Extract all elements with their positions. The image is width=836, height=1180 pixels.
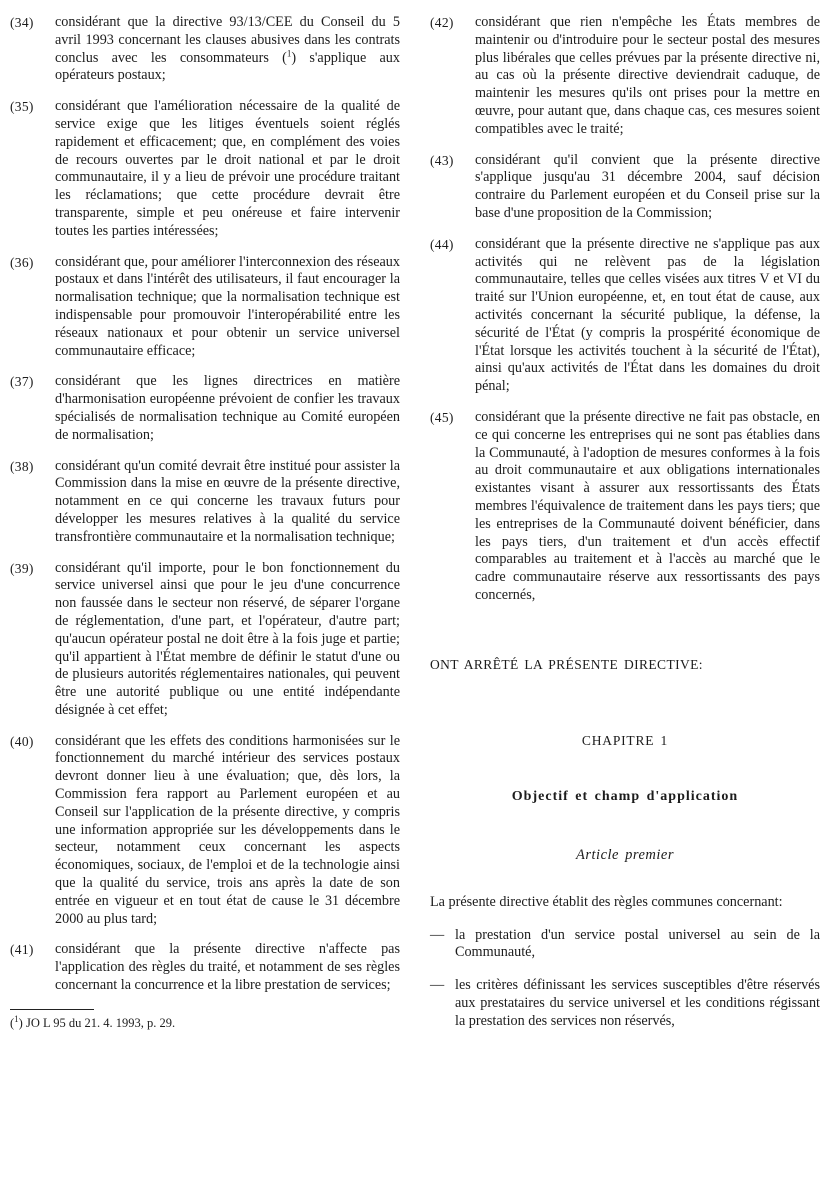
recital-text: considérant qu'un comité devrait être in… — [55, 458, 400, 547]
footnote-divider — [10, 1009, 94, 1010]
recital-text: considérant que, pour améliorer l'interc… — [55, 254, 400, 361]
article-heading: Article premier — [430, 847, 820, 864]
recital-36: (36) considérant que, pour améliorer l'i… — [10, 254, 400, 361]
recital-35: (35) considérant que l'amélioration néce… — [10, 98, 400, 240]
footnote-text: (1) JO L 95 du 21. 4. 1993, p. 29. — [10, 1015, 400, 1031]
article-list-item-1: — la prestation d'un service postal univ… — [430, 927, 820, 963]
two-column-layout: (34) considérant que la directive 93/13/… — [10, 14, 820, 1031]
recital-number: (39) — [10, 560, 55, 720]
recital-text: considérant qu'il convient que la présen… — [475, 152, 820, 223]
footnote-citation: JO L 95 du 21. 4. 1993, p. 29. — [26, 1016, 175, 1030]
right-column: (42) considérant que rien n'empêche les … — [430, 14, 820, 1031]
recital-text: considérant que la directive 93/13/CEE d… — [55, 14, 400, 85]
recital-number: (43) — [430, 152, 475, 223]
recital-number: (44) — [430, 236, 475, 396]
em-dash: — — [430, 927, 455, 963]
recital-text: considérant qu'il importe, pour le bon f… — [55, 560, 400, 720]
chapter-heading: CHAPITRE 1 — [430, 733, 820, 749]
recital-number: (38) — [10, 458, 55, 547]
article-intro: La présente directive établit des règles… — [430, 894, 820, 912]
list-item-text: les critères définissant les services su… — [455, 977, 820, 1030]
recital-text: considérant que les effets des condition… — [55, 733, 400, 929]
enacting-formula: ONT ARRÊTÉ LA PRÉSENTE DIRECTIVE: — [430, 657, 820, 673]
chapter-title: Objectif et champ d'application — [430, 789, 820, 805]
recital-number: (45) — [430, 409, 475, 605]
article-list-item-2: — les critères définissant les services … — [430, 977, 820, 1030]
list-item-text: la prestation d'un service postal univer… — [455, 927, 820, 963]
recital-text: considérant que l'amélioration nécessair… — [55, 98, 400, 240]
recital-number: (41) — [10, 941, 55, 994]
recital-text: considérant que la présente directive n'… — [55, 941, 400, 994]
footnote: (1) JO L 95 du 21. 4. 1993, p. 29. — [10, 1009, 400, 1031]
recital-38: (38) considérant qu'un comité devrait êt… — [10, 458, 400, 547]
recital-43: (43) considérant qu'il convient que la p… — [430, 152, 820, 223]
left-column: (34) considérant que la directive 93/13/… — [10, 14, 400, 1031]
recital-34: (34) considérant que la directive 93/13/… — [10, 14, 400, 85]
document-page: (34) considérant que la directive 93/13/… — [0, 0, 836, 1180]
recital-number: (40) — [10, 733, 55, 929]
recital-number: (37) — [10, 373, 55, 444]
recital-text: considérant que les lignes directrices e… — [55, 373, 400, 444]
recital-41: (41) considérant que la présente directi… — [10, 941, 400, 994]
footnote-marker: (1) — [10, 1016, 23, 1030]
recital-44: (44) considérant que la présente directi… — [430, 236, 820, 396]
recital-text: considérant que la présente directive ne… — [475, 409, 820, 605]
recital-number: (42) — [430, 14, 475, 139]
recital-42: (42) considérant que rien n'empêche les … — [430, 14, 820, 139]
recital-number: (35) — [10, 98, 55, 240]
recital-number: (36) — [10, 254, 55, 361]
em-dash: — — [430, 977, 455, 1030]
recital-45: (45) considérant que la présente directi… — [430, 409, 820, 605]
recital-text: considérant que rien n'empêche les États… — [475, 14, 820, 139]
recital-39: (39) considérant qu'il importe, pour le … — [10, 560, 400, 720]
recital-40: (40) considérant que les effets des cond… — [10, 733, 400, 929]
recital-37: (37) considérant que les lignes directri… — [10, 373, 400, 444]
recital-number: (34) — [10, 14, 55, 85]
recital-text: considérant que la présente directive ne… — [475, 236, 820, 396]
